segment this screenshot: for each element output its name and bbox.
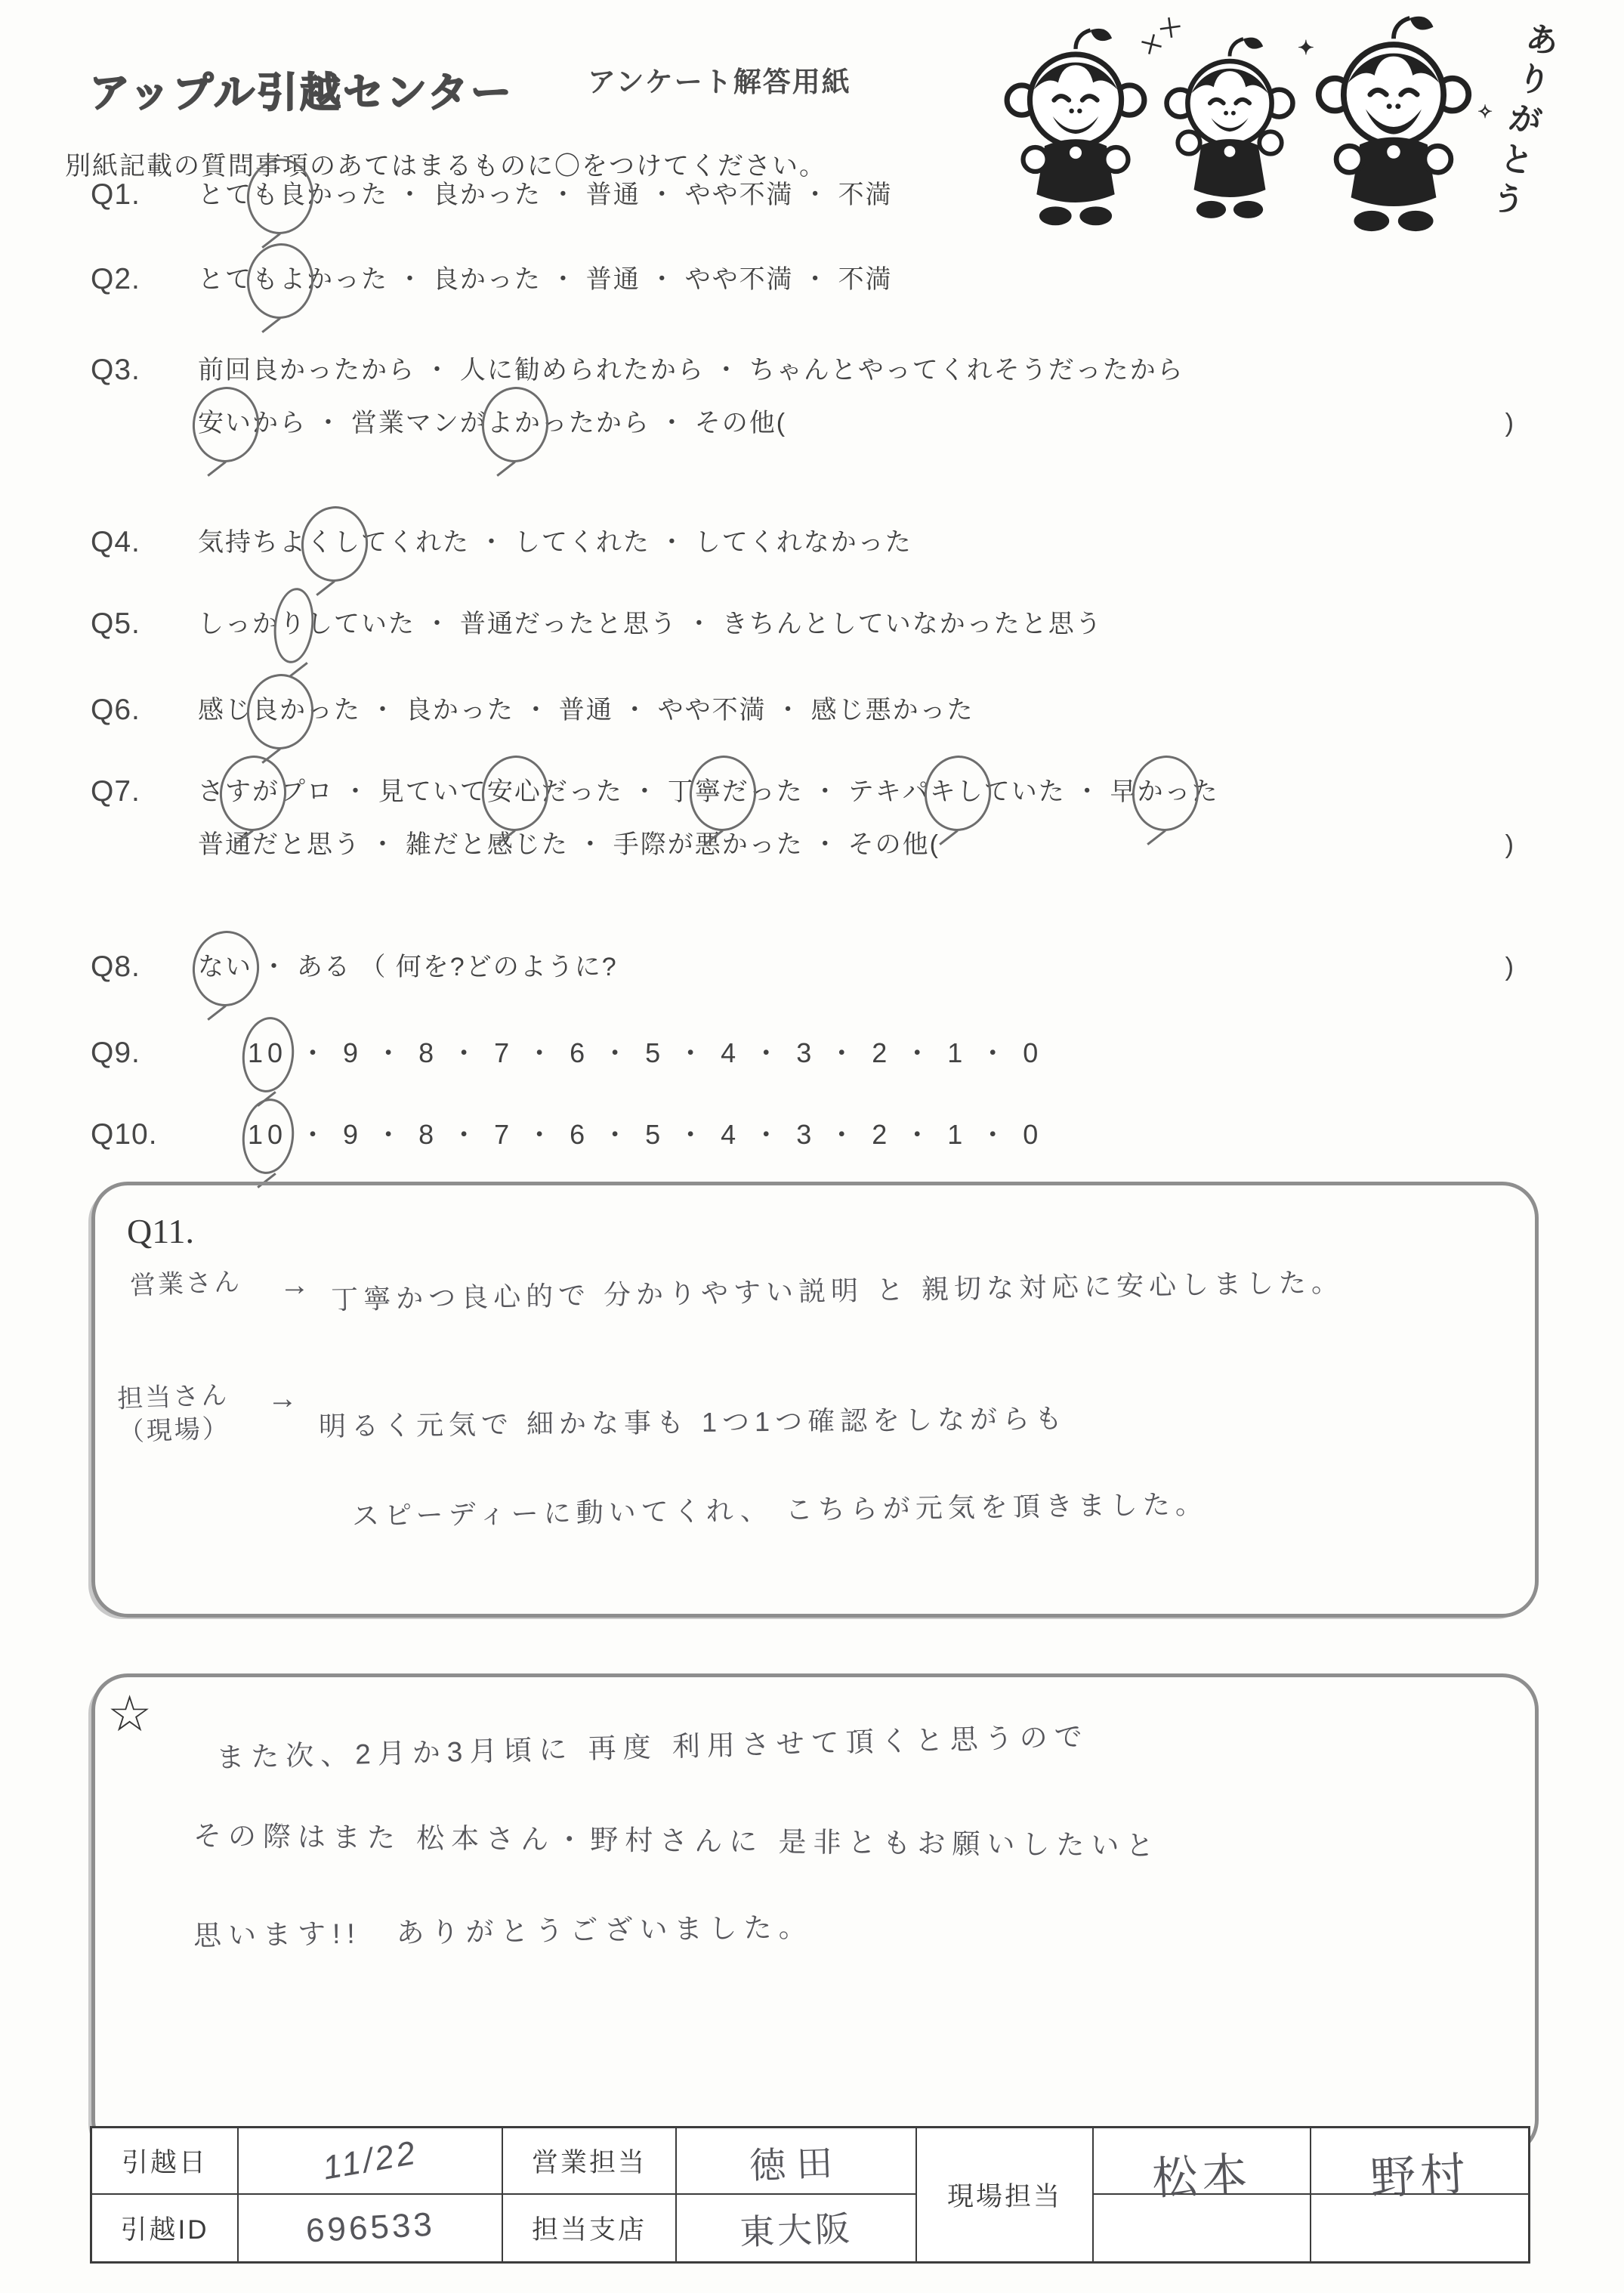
question-row-q3: Q3.前回良かったから ・ 人に勧められたから ・ ちゃんとやってくれそうだった…: [91, 354, 1515, 459]
footer-info-table: 引越日 11/22 営業担当 徳田 現場担当 松本 野村 引越ID 696533…: [90, 2126, 1530, 2264]
sparkle-icon: ✧: [1477, 101, 1493, 123]
question-row-q7: Q7.さすがプロ ・ 見ていて安心だった ・ 丁寧だった ・ テキパキしていた …: [91, 775, 1515, 881]
branch-value: 東大阪: [739, 2201, 854, 2254]
handwritten-subject: 営業さん: [129, 1265, 258, 1303]
option-text: ・ 9 ・ 8 ・ 7 ・ 6 ・ 5 ・ 4 ・ 3 ・ 2 ・ 1 ・ 0: [287, 1118, 1042, 1151]
question-options: しっかりしていた ・ 普通だったと思う ・ きちんとしていなかったと思う: [198, 607, 1515, 660]
answer-circle: 10: [248, 1118, 287, 1151]
question-row-q6: Q6.感じ良かった ・ 良かった ・ 普通 ・ やや不満 ・ 感じ悪かった: [91, 694, 1515, 746]
option-text: ): [1505, 950, 1515, 984]
q11-answer-row: 担当さん（現場）→明るく元気で 細かな事も 1つ1つ確認をしながらも: [118, 1380, 1067, 1447]
option-text: かった ・ 良かった ・ 普通 ・ やや不満 ・ 不満: [307, 263, 893, 296]
question-row-q2: Q2.とてもよかった ・ 良かった ・ 普通 ・ やや不満 ・ 不満: [91, 263, 1515, 316]
answer-circle: ない: [198, 950, 252, 984]
site-crew-value-2: 野村: [1368, 2138, 1471, 2208]
handwritten-subject: 担当さん（現場）: [117, 1378, 248, 1449]
question-number: Q3.: [91, 354, 198, 459]
option-text: だった ・ 丁: [542, 775, 695, 808]
site-crew-cell-1: 松本: [1094, 2128, 1311, 2195]
answer-circle: くし: [307, 526, 361, 559]
handwritten-text: スピーディーに動いてくれ、 こちらが元気を頂きました。: [352, 1483, 1208, 1534]
question-options: 10 ・ 9 ・ 8 ・ 7 ・ 6 ・ 5 ・ 4 ・ 3 ・ 2 ・ 1 ・…: [198, 1037, 1515, 1089]
sparkle-icon: ＋: [1155, 6, 1185, 46]
move-date-label: 引越日: [92, 2128, 239, 2195]
sales-rep-value: 徳田: [749, 2133, 844, 2188]
branch-label: 担当支店: [503, 2195, 677, 2261]
question-row-q4: Q4.気持ちよくしてくれた ・ してくれた ・ してくれなかった: [91, 526, 1515, 579]
question-options: ない ・ ある （ 何を?どのように?): [198, 950, 1515, 1003]
option-text: 普通だと思う ・ 雑だと感じた ・ 手際が悪かった ・ その他(: [198, 828, 940, 861]
answer-circle: キし: [930, 775, 984, 808]
question-row-q10: Q10.10 ・ 9 ・ 8 ・ 7 ・ 6 ・ 5 ・ 4 ・ 3 ・ 2 ・…: [91, 1118, 1515, 1171]
free-comment-box: ☆ また次、2月か3月頃に 再度 利用させて頂くと思うのでその際はまた 松本さん…: [91, 1673, 1539, 2156]
question-options: 10 ・ 9 ・ 8 ・ 7 ・ 6 ・ 5 ・ 4 ・ 3 ・ 2 ・ 1 ・…: [198, 1118, 1515, 1171]
option-text: かった ・ 良かった ・ 普通 ・ やや不満 ・ 不満: [307, 178, 893, 212]
star-icon: ☆: [107, 1685, 152, 1743]
answer-circle: も良: [252, 178, 307, 212]
option-text: ていた ・ 早: [984, 775, 1138, 808]
site-crew-label: 現場担当: [917, 2128, 1094, 2261]
answer-circle: 安い: [198, 406, 252, 440]
answer-circle: り: [279, 607, 307, 641]
question-options: 前回良かったから ・ 人に勧められたから ・ ちゃんとやってくれそうだったから安…: [198, 354, 1515, 459]
answer-circle: 良か: [252, 694, 307, 727]
sparkle-icon: ✦: [1298, 36, 1314, 60]
question-number: Q1.: [91, 178, 198, 231]
question-row-q9: Q9.10 ・ 9 ・ 8 ・ 7 ・ 6 ・ 5 ・ 4 ・ 3 ・ 2 ・ …: [91, 1037, 1515, 1089]
answer-circle: 寧だ: [695, 775, 749, 808]
q11-answer-row: スピーディーに動いてくれ、 こちらが元気を頂きました。: [352, 1486, 1208, 1528]
option-text: ったから ・ その他(: [542, 406, 786, 440]
option-text: ・ 9 ・ 8 ・ 7 ・ 6 ・ 5 ・ 4 ・ 3 ・ 2 ・ 1 ・ 0: [287, 1037, 1042, 1070]
question-options: さすがプロ ・ 見ていて安心だった ・ 丁寧だった ・ テキパキしていた ・ 早…: [198, 775, 1515, 881]
move-id-value: 696533: [304, 2206, 435, 2251]
option-text: 気持ちよ: [198, 526, 307, 559]
answer-circle: 安心: [487, 775, 542, 808]
question-row-q5: Q5.しっかりしていた ・ 普通だったと思う ・ きちんとしていなかったと思う: [91, 607, 1515, 660]
move-date-cell: 11/22: [239, 2128, 503, 2195]
question-number: Q8.: [91, 950, 198, 1003]
option-text: しっか: [198, 607, 279, 641]
handwritten-text: また次、2月か3月頃に 再度 利用させて頂くと思うので: [216, 1714, 1090, 1775]
form-title: アンケート解答用紙: [588, 59, 851, 100]
move-date-value: 11/22: [320, 2134, 421, 2187]
handwritten-text: その際はまた 松本さん・野村さんに 是非ともお願いしたいと: [193, 1812, 1161, 1863]
instruction-text: 別紙記載の質問事項のあてはまるものに〇をつけてください。: [65, 145, 826, 182]
answer-circle: 10: [248, 1037, 287, 1070]
option-text: さ: [198, 775, 225, 808]
branch-cell: 東大阪: [677, 2195, 917, 2261]
question-number: Q6.: [91, 694, 198, 746]
q11-comment-box: Q11. 営業さん→丁寧かつ良心的で 分かりやすい説明 と 親切な対応に安心しま…: [91, 1182, 1539, 1618]
answer-circle: もよ: [252, 263, 307, 296]
arrow-glyph: →: [279, 1269, 310, 1303]
question-number: Q9.: [91, 1037, 198, 1089]
answer-circle: よか: [487, 406, 542, 440]
option-text: った ・ テキパ: [749, 775, 930, 808]
option-text: てくれた ・ してくれた ・ してくれなかった: [361, 526, 912, 559]
option-text: ): [1505, 828, 1515, 861]
q11-label: Q11.: [127, 1211, 194, 1251]
question-options: とても良かった ・ 良かった ・ 普通 ・ やや不満 ・ 不満: [198, 178, 1515, 231]
option-text: ): [1505, 406, 1515, 440]
site-crew-cell-2: 野村: [1311, 2128, 1528, 2195]
sales-rep-label: 営業担当: [503, 2128, 677, 2195]
handwritten-text: 明るく元気で 細かな事も 1つ1つ確認をしながらも: [319, 1398, 1068, 1444]
answer-circle: かっ: [1138, 775, 1192, 808]
answer-circle: すが: [225, 775, 279, 808]
question-options: 感じ良かった ・ 良かった ・ 普通 ・ やや不満 ・ 感じ悪かった: [198, 694, 1515, 746]
question-number: Q2.: [91, 263, 198, 316]
option-text: していた ・ 普通だったと思う ・ きちんとしていなかったと思う: [307, 607, 1103, 641]
option-text: とて: [198, 263, 252, 296]
option-text: 前回良かったから ・ 人に勧められたから ・ ちゃんとやってくれそうだったから: [198, 354, 1184, 387]
q11-answer-row: 営業さん→丁寧かつ良心的で 分かりやすい説明 と 親切な対応に安心しました。: [130, 1267, 1344, 1309]
sales-rep-cell: 徳田: [677, 2128, 917, 2195]
option-text: 感じ: [198, 694, 252, 727]
question-row-q1: Q1.とても良かった ・ 良かった ・ 普通 ・ やや不満 ・ 不満: [91, 178, 1515, 231]
question-options: とてもよかった ・ 良かった ・ 普通 ・ やや不満 ・ 不満: [198, 263, 1515, 316]
option-text: ・ ある （ 何を?どのように?: [252, 950, 618, 984]
question-number: Q10.: [91, 1118, 198, 1171]
handwritten-text: 丁寧かつ良心的で 分かりやすい説明 と 親切な対応に安心しました。: [331, 1261, 1345, 1317]
move-id-cell: 696533: [239, 2195, 503, 2261]
question-options: 気持ちよくしてくれた ・ してくれた ・ してくれなかった: [198, 526, 1515, 579]
option-text: から ・ 営業マンが: [252, 406, 487, 440]
option-text: とて: [198, 178, 252, 212]
handwritten-text: 思います!! ありがとうございました。: [193, 1904, 814, 1953]
option-text: った ・ 良かった ・ 普通 ・ やや不満 ・ 感じ悪かった: [307, 694, 974, 727]
question-number: Q4.: [91, 526, 198, 579]
company-title: アップル引越センター: [89, 60, 514, 119]
arrow-glyph: →: [267, 1382, 298, 1416]
option-text: プロ ・ 見ていて: [279, 775, 487, 808]
question-row-q8: Q8.ない ・ ある （ 何を?どのように?): [91, 950, 1515, 1003]
question-number: Q7.: [91, 775, 198, 881]
move-id-label: 引越ID: [92, 2195, 239, 2261]
site-crew-value-1: 松本: [1150, 2138, 1253, 2208]
option-text: た: [1192, 775, 1219, 808]
question-number: Q5.: [91, 607, 198, 660]
